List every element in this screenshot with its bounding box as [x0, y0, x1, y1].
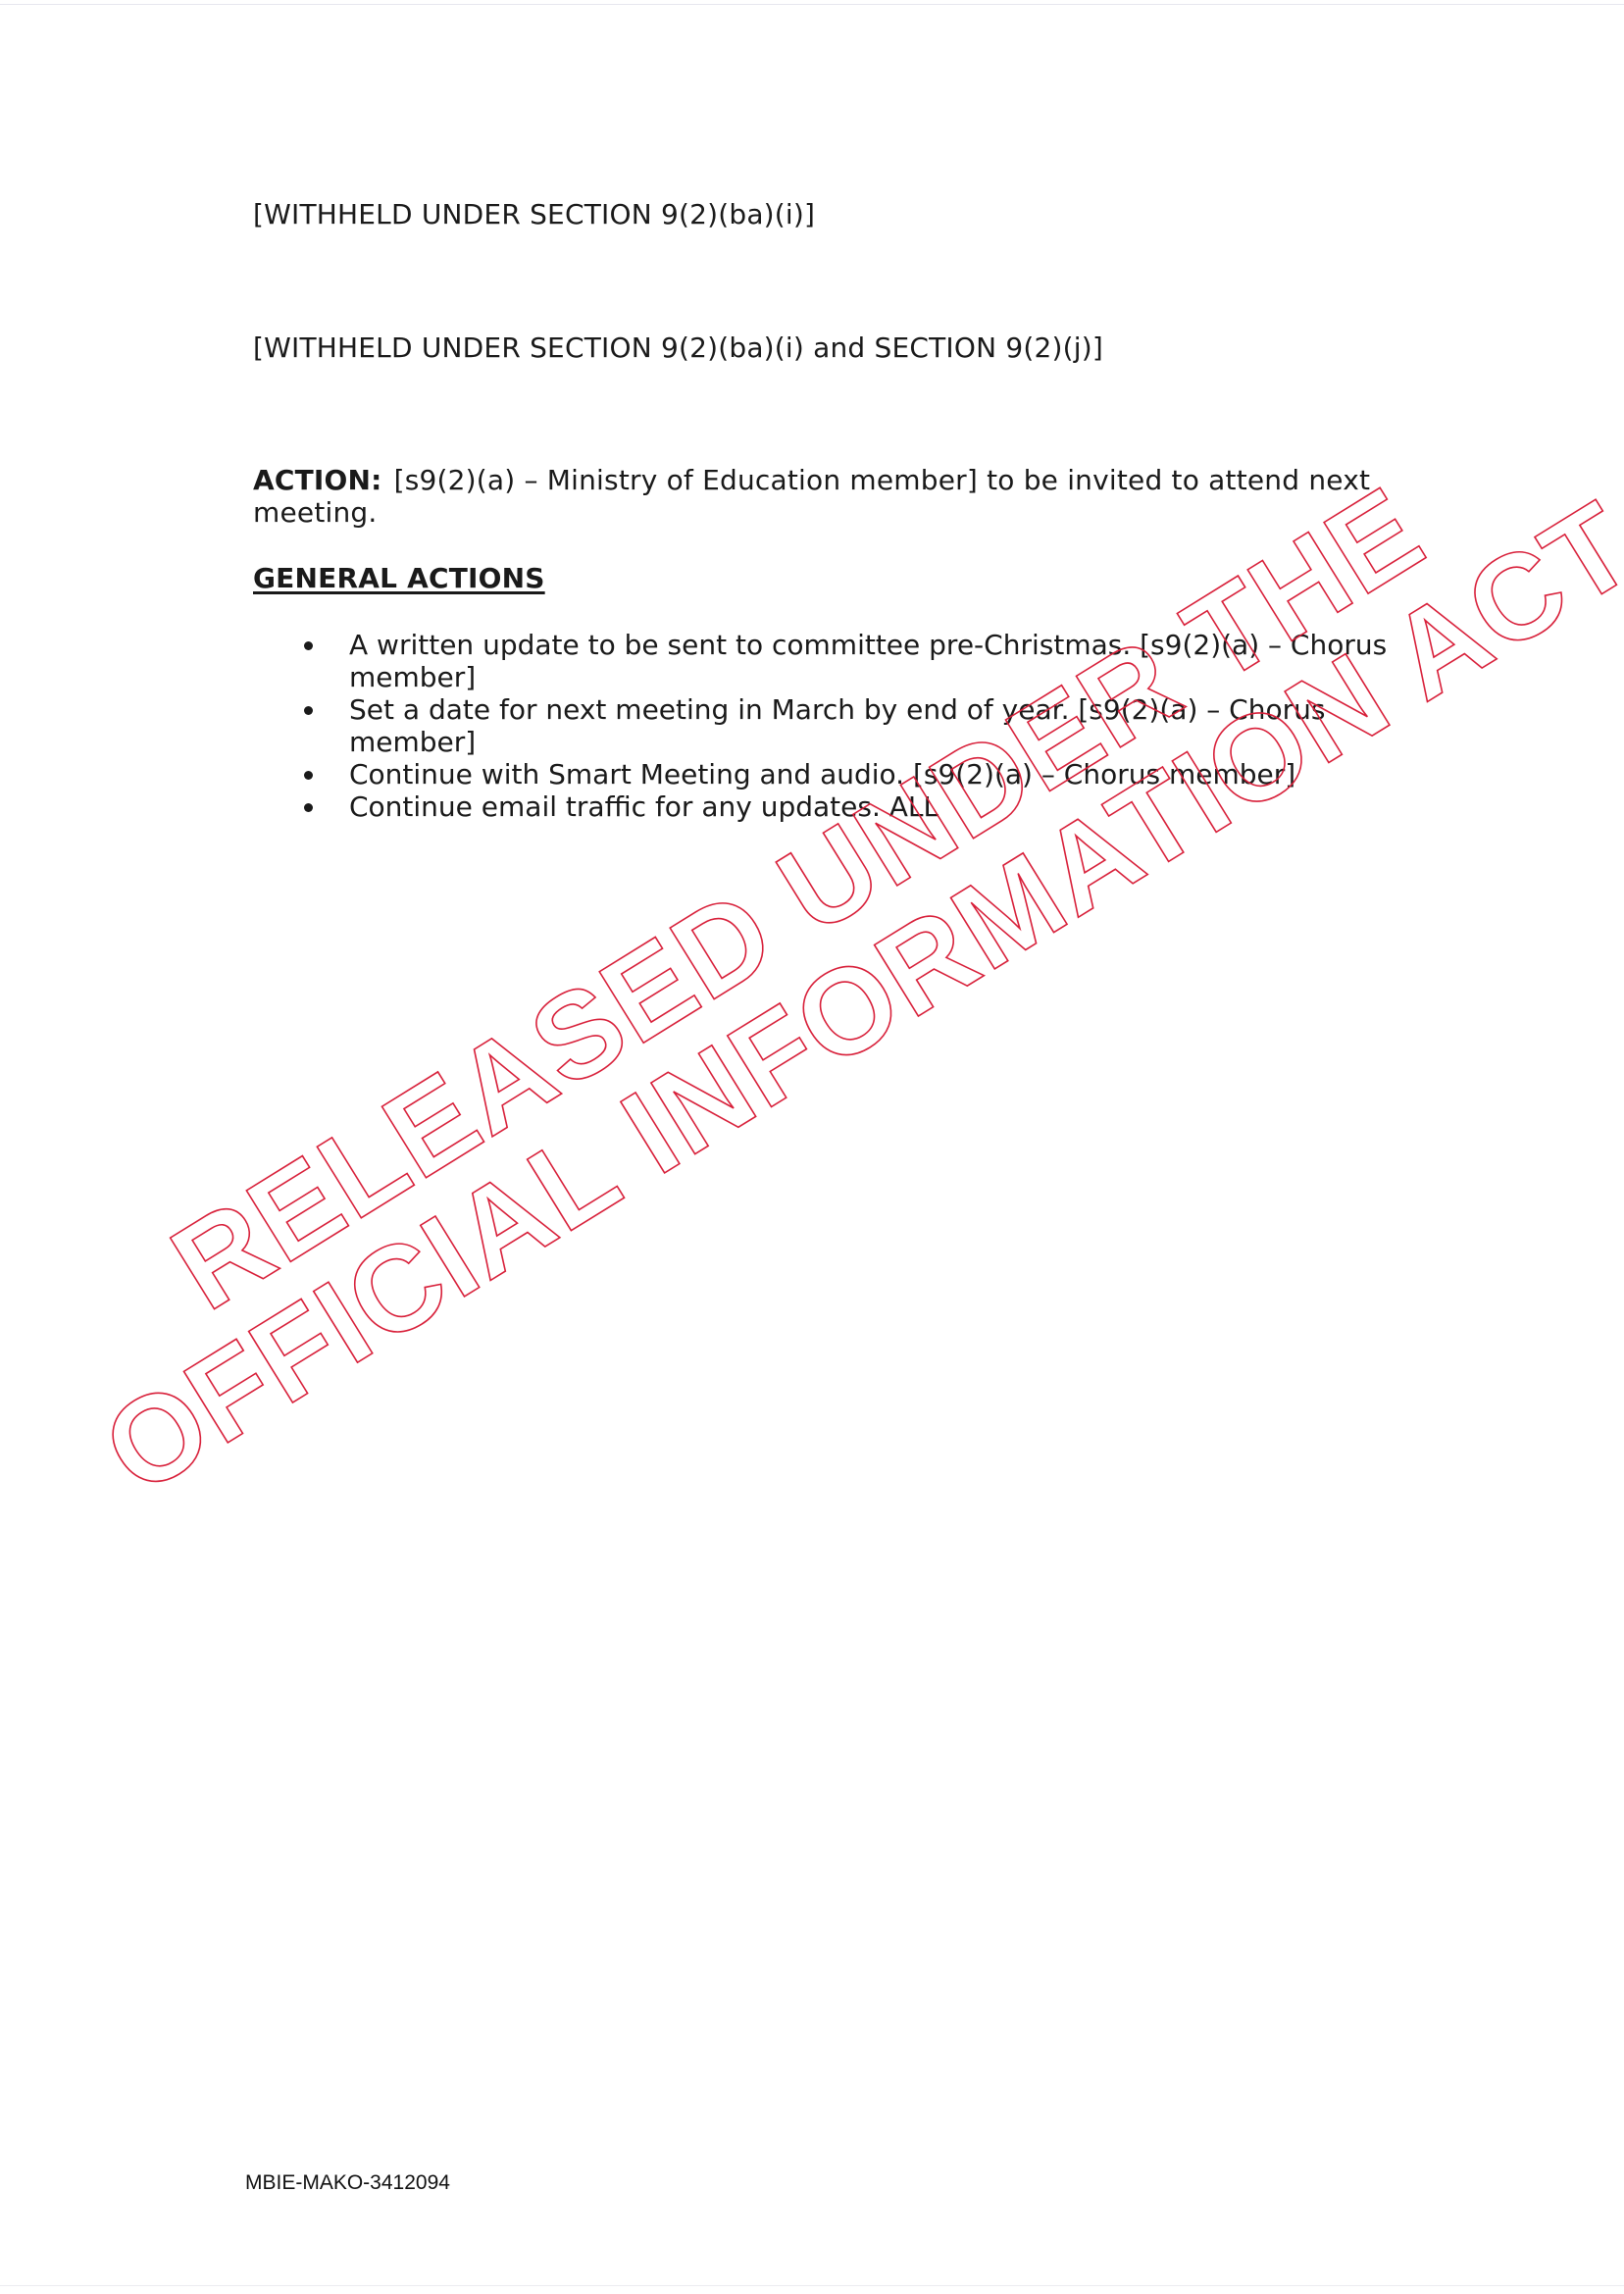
- withheld-notice-1: [WITHHELD UNDER SECTION 9(2)(ba)(i)]: [253, 198, 815, 230]
- action-label: ACTION:: [253, 464, 382, 496]
- bullet-icon: [304, 803, 313, 812]
- general-actions-heading: GENERAL ACTIONS: [253, 562, 545, 594]
- page-edge: [0, 2285, 1624, 2286]
- bullet-icon: [304, 706, 313, 715]
- watermark-line-1: RELEASED UNDER THE: [154, 467, 1443, 1330]
- page-edge: [0, 4, 1624, 5]
- action-text: [s9(2)(a) – Ministry of Education member…: [253, 464, 1370, 529]
- withheld-notice-2: [WITHHELD UNDER SECTION 9(2)(ba)(i) and …: [253, 331, 1103, 364]
- bullet-icon: [304, 771, 313, 780]
- action-paragraph: ACTION:[s9(2)(a) – Ministry of Education…: [253, 464, 1391, 529]
- document-reference: MBIE-MAKO-3412094: [245, 2171, 450, 2195]
- bullet-icon: [304, 641, 313, 650]
